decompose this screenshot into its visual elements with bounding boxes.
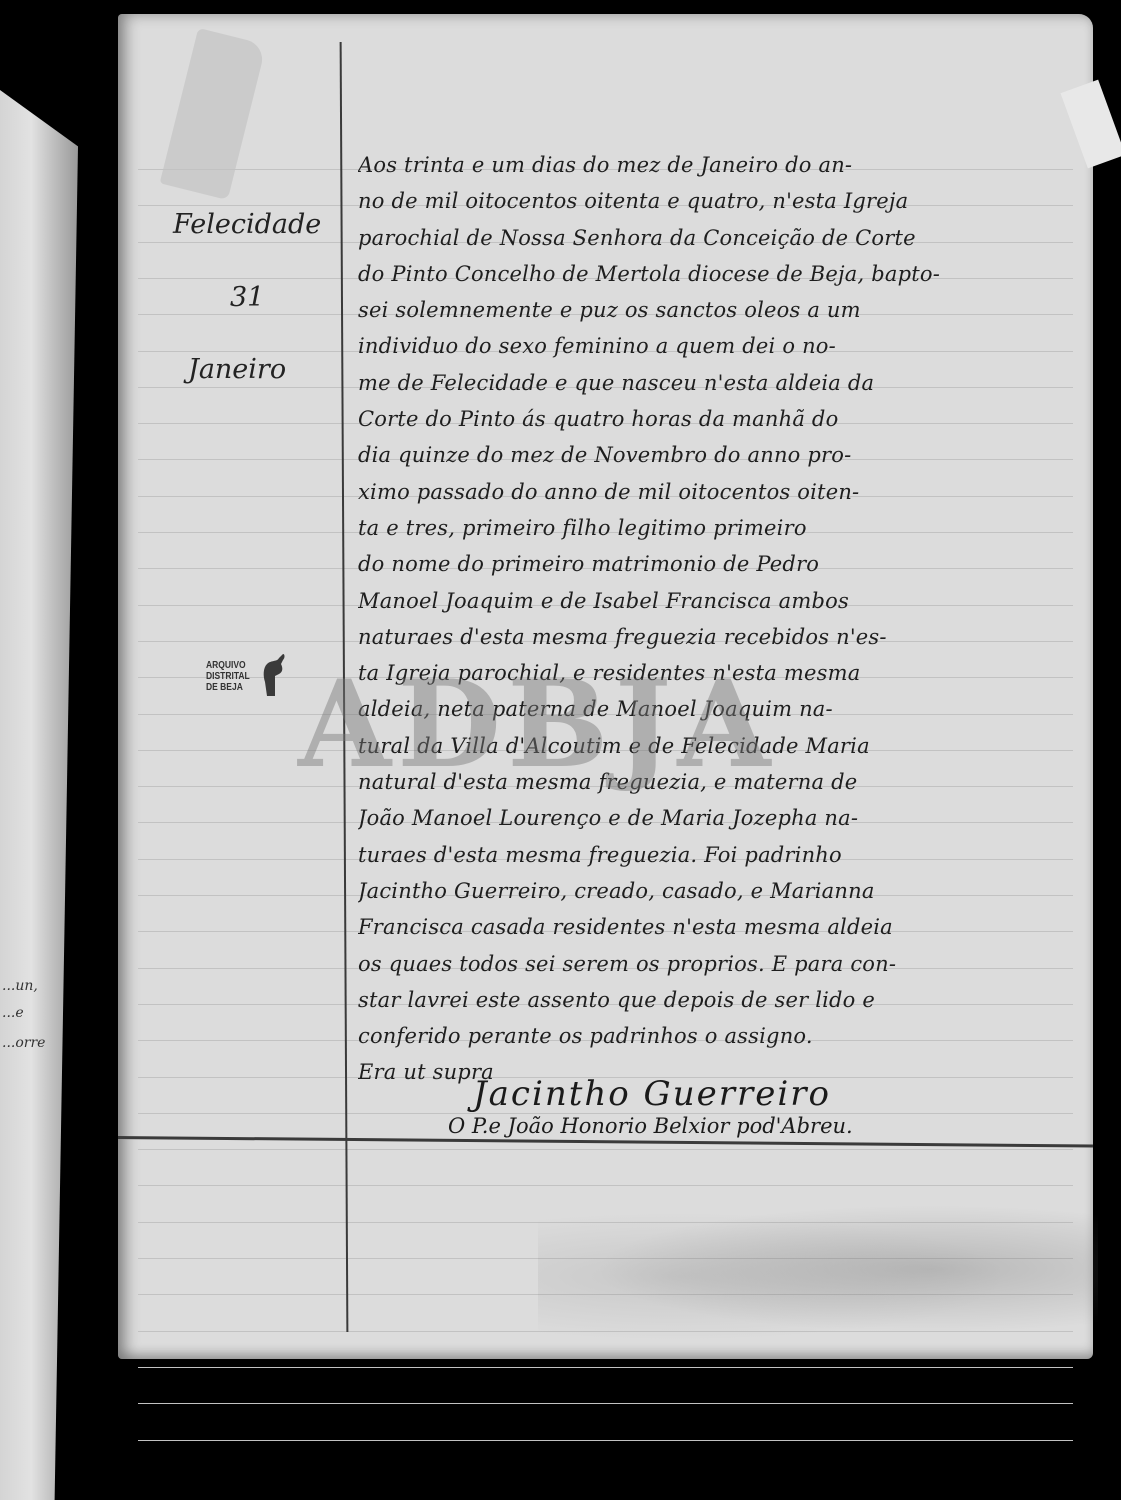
ruled-line	[138, 1185, 1073, 1186]
godfather-signature: Jacintho Guerreiro	[473, 1074, 831, 1114]
baptism-record-text: Aos trinta e um dias do mez de Janeiro d…	[358, 147, 1078, 1091]
stamp-line: DE BEJA	[206, 682, 250, 693]
record-line: individuo do sexo feminino a quem dei o …	[358, 328, 1078, 364]
record-line: Jacintho Guerreiro, creado, casado, e Ma…	[358, 873, 1078, 909]
left-facing-page-fragment: ...un, ...e ...orre	[0, 90, 78, 1500]
record-line: naturaes d'esta mesma freguezia recebido…	[358, 619, 1078, 655]
margin-day: 31	[230, 282, 264, 313]
record-line: João Manoel Lourenço e de Maria Jozepha …	[358, 800, 1078, 836]
margin-month: Janeiro	[188, 354, 286, 385]
ruled-line	[138, 1294, 1073, 1295]
record-line: Manoel Joaquim e de Isabel Francisca amb…	[358, 583, 1078, 619]
register-page: Felecidade 31 Janeiro Aos trinta e um di…	[118, 14, 1093, 1359]
priest-signature: O P.e João Honorio Belxior pod'Abreu.	[448, 1114, 853, 1138]
elephant-head-icon	[261, 652, 287, 700]
record-line: do nome do primeiro matrimonio de Pedro	[358, 546, 1078, 582]
ruled-line	[138, 1440, 1073, 1441]
record-line: dia quinze do mez de Novembro do anno pr…	[358, 437, 1078, 473]
ruled-line	[138, 1258, 1073, 1259]
record-line: me de Felecidade e que nasceu n'esta ald…	[358, 365, 1078, 401]
record-line: conferido perante os padrinhos o assigno…	[358, 1018, 1078, 1054]
left-page-text: ...e	[2, 1005, 24, 1021]
record-line: ta e tres, primeiro filho legitimo prime…	[358, 510, 1078, 546]
record-line: star lavrei este assento que depois de s…	[358, 982, 1078, 1018]
record-line: sei solemnemente e puz os sanctos oleos …	[358, 292, 1078, 328]
record-line: turaes d'esta mesma freguezia. Foi padri…	[358, 837, 1078, 873]
record-line: do Pinto Concelho de Mertola diocese de …	[358, 256, 1078, 292]
record-line: no de mil oitocentos oitenta e quatro, n…	[358, 183, 1078, 219]
left-page-text: ...orre	[2, 1035, 45, 1051]
ruled-line	[138, 1331, 1073, 1332]
record-line: Corte do Pinto ás quatro horas da manhã …	[358, 401, 1078, 437]
stamp-text: ARQUIVO DISTRITAL DE BEJA	[206, 660, 250, 693]
ruled-line	[138, 1403, 1073, 1404]
record-line: os quaes todos sei serem os proprios. E …	[358, 946, 1078, 982]
left-page-text: ...un,	[2, 978, 38, 994]
watermark: ADBJA	[298, 654, 776, 795]
stamp-line: DISTRITAL	[206, 671, 250, 682]
ruled-line	[138, 1149, 1073, 1150]
ruled-line	[138, 1367, 1073, 1368]
margin-name: Felecidade	[173, 209, 321, 240]
record-line: parochial de Nossa Senhora da Conceição …	[358, 220, 1078, 256]
stamp-line: ARQUIVO	[206, 660, 250, 671]
archive-stamp: ARQUIVO DISTRITAL DE BEJA	[206, 652, 287, 700]
record-line: ximo passado do anno de mil oitocentos o…	[358, 474, 1078, 510]
ruled-line	[138, 1222, 1073, 1223]
record-line: Francisca casada residentes n'esta mesma…	[358, 909, 1078, 945]
record-line: Aos trinta e um dias do mez de Janeiro d…	[358, 147, 1078, 183]
